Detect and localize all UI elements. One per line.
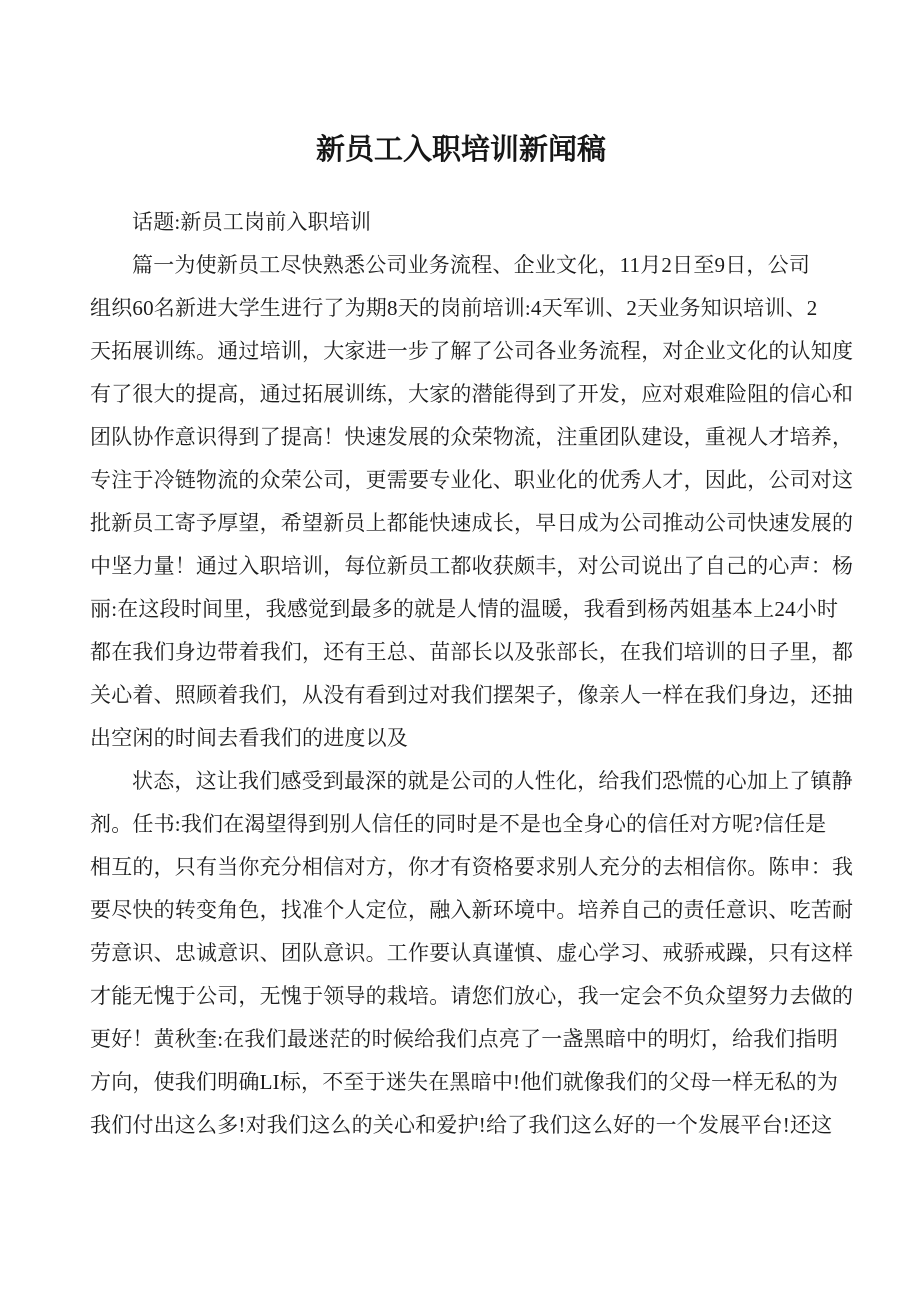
text-line: 都在我们身边带着我们，还有王总、苗部长以及张部长，在我们培训的日子里，都 xyxy=(90,631,832,674)
text-line: 中坚力量！通过入职培训，每位新员工都收获颇丰，对公司说出了自己的心声：杨 xyxy=(90,545,832,588)
document-body: 话题:新员工岗前入职培训篇一为使新员工尽快熟悉公司业务流程、企业文化，11月2日… xyxy=(90,201,832,1147)
text-line: 状态，这让我们感受到最深的就是公司的人性化，给我们恐慌的心加上了镇静 xyxy=(90,760,832,803)
text-line: 劳意识、忠诚意识、团队意识。工作要认真谨慎、虚心学习、戒骄戒躁，只有这样 xyxy=(90,932,832,975)
document-page: 新员工入职培训新闻稿 话题:新员工岗前入职培训篇一为使新员工尽快熟悉公司业务流程… xyxy=(0,0,920,1301)
text-line: 篇一为使新员工尽快熟悉公司业务流程、企业文化，11月2日至9日，公司 xyxy=(90,244,832,287)
text-line: 丽:在这段时间里，我感觉到最多的就是人情的温暖，我看到杨芮姐基本上24小时 xyxy=(90,588,832,631)
text-line: 有了很大的提高，通过拓展训练，大家的潜能得到了开发，应对艰难险阻的信心和 xyxy=(90,373,832,416)
text-line: 要尽快的转变角色，找准个人定位，融入新环境中。培养自己的责任意识、吃苦耐 xyxy=(90,889,832,932)
paragraph: 篇一为使新员工尽快熟悉公司业务流程、企业文化，11月2日至9日，公司组织60名新… xyxy=(90,244,832,760)
paragraph: 话题:新员工岗前入职培训 xyxy=(90,201,832,244)
text-line: 团队协作意识得到了提高！快速发展的众荣物流，注重团队建设，重视人才培养， xyxy=(90,416,832,459)
text-line: 剂。任书:我们在渴望得到别人信任的同时是不是也全身心的信任对方呢?信任是 xyxy=(90,803,832,846)
text-line: 我们付出这么多!对我们这么的关心和爱护!给了我们这么好的一个发展平台!还这 xyxy=(90,1104,832,1147)
text-line: 相互的，只有当你充分相信对方，你才有资格要求别人充分的去相信你。陈申：我 xyxy=(90,846,832,889)
text-line: 关心着、照顾着我们，从没有看到过对我们摆架子，像亲人一样在我们身边，还抽 xyxy=(90,674,832,717)
text-line: 批新员工寄予厚望，希望新员上都能快速成长，早日成为公司推动公司快速发展的 xyxy=(90,502,832,545)
text-line: 更好！黄秋奎:在我们最迷茫的时候给我们点亮了一盏黑暗中的明灯，给我们指明 xyxy=(90,1018,832,1061)
text-line: 出空闲的时间去看我们的进度以及 xyxy=(90,717,832,760)
paragraph: 状态，这让我们感受到最深的就是公司的人性化，给我们恐慌的心加上了镇静剂。任书:我… xyxy=(90,760,832,1147)
text-line: 组织60名新进大学生进行了为期8天的岗前培训:4天军训、2天业务知识培训、2 xyxy=(90,287,832,330)
text-line: 专注于冷链物流的众荣公司，更需要专业化、职业化的优秀人才，因此，公司对这 xyxy=(90,459,832,502)
document-title: 新员工入职培训新闻稿 xyxy=(90,130,832,170)
text-line: 话题:新员工岗前入职培训 xyxy=(90,201,832,244)
text-line: 方向，使我们明确LI标，不至于迷失在黑暗中!他们就像我们的父母一样无私的为 xyxy=(90,1061,832,1104)
text-line: 才能无愧于公司，无愧于领导的栽培。请您们放心，我一定会不负众望努力去做的 xyxy=(90,975,832,1018)
text-line: 天拓展训练。通过培训，大家进一步了解了公司各业务流程，对企业文化的认知度 xyxy=(90,330,832,373)
